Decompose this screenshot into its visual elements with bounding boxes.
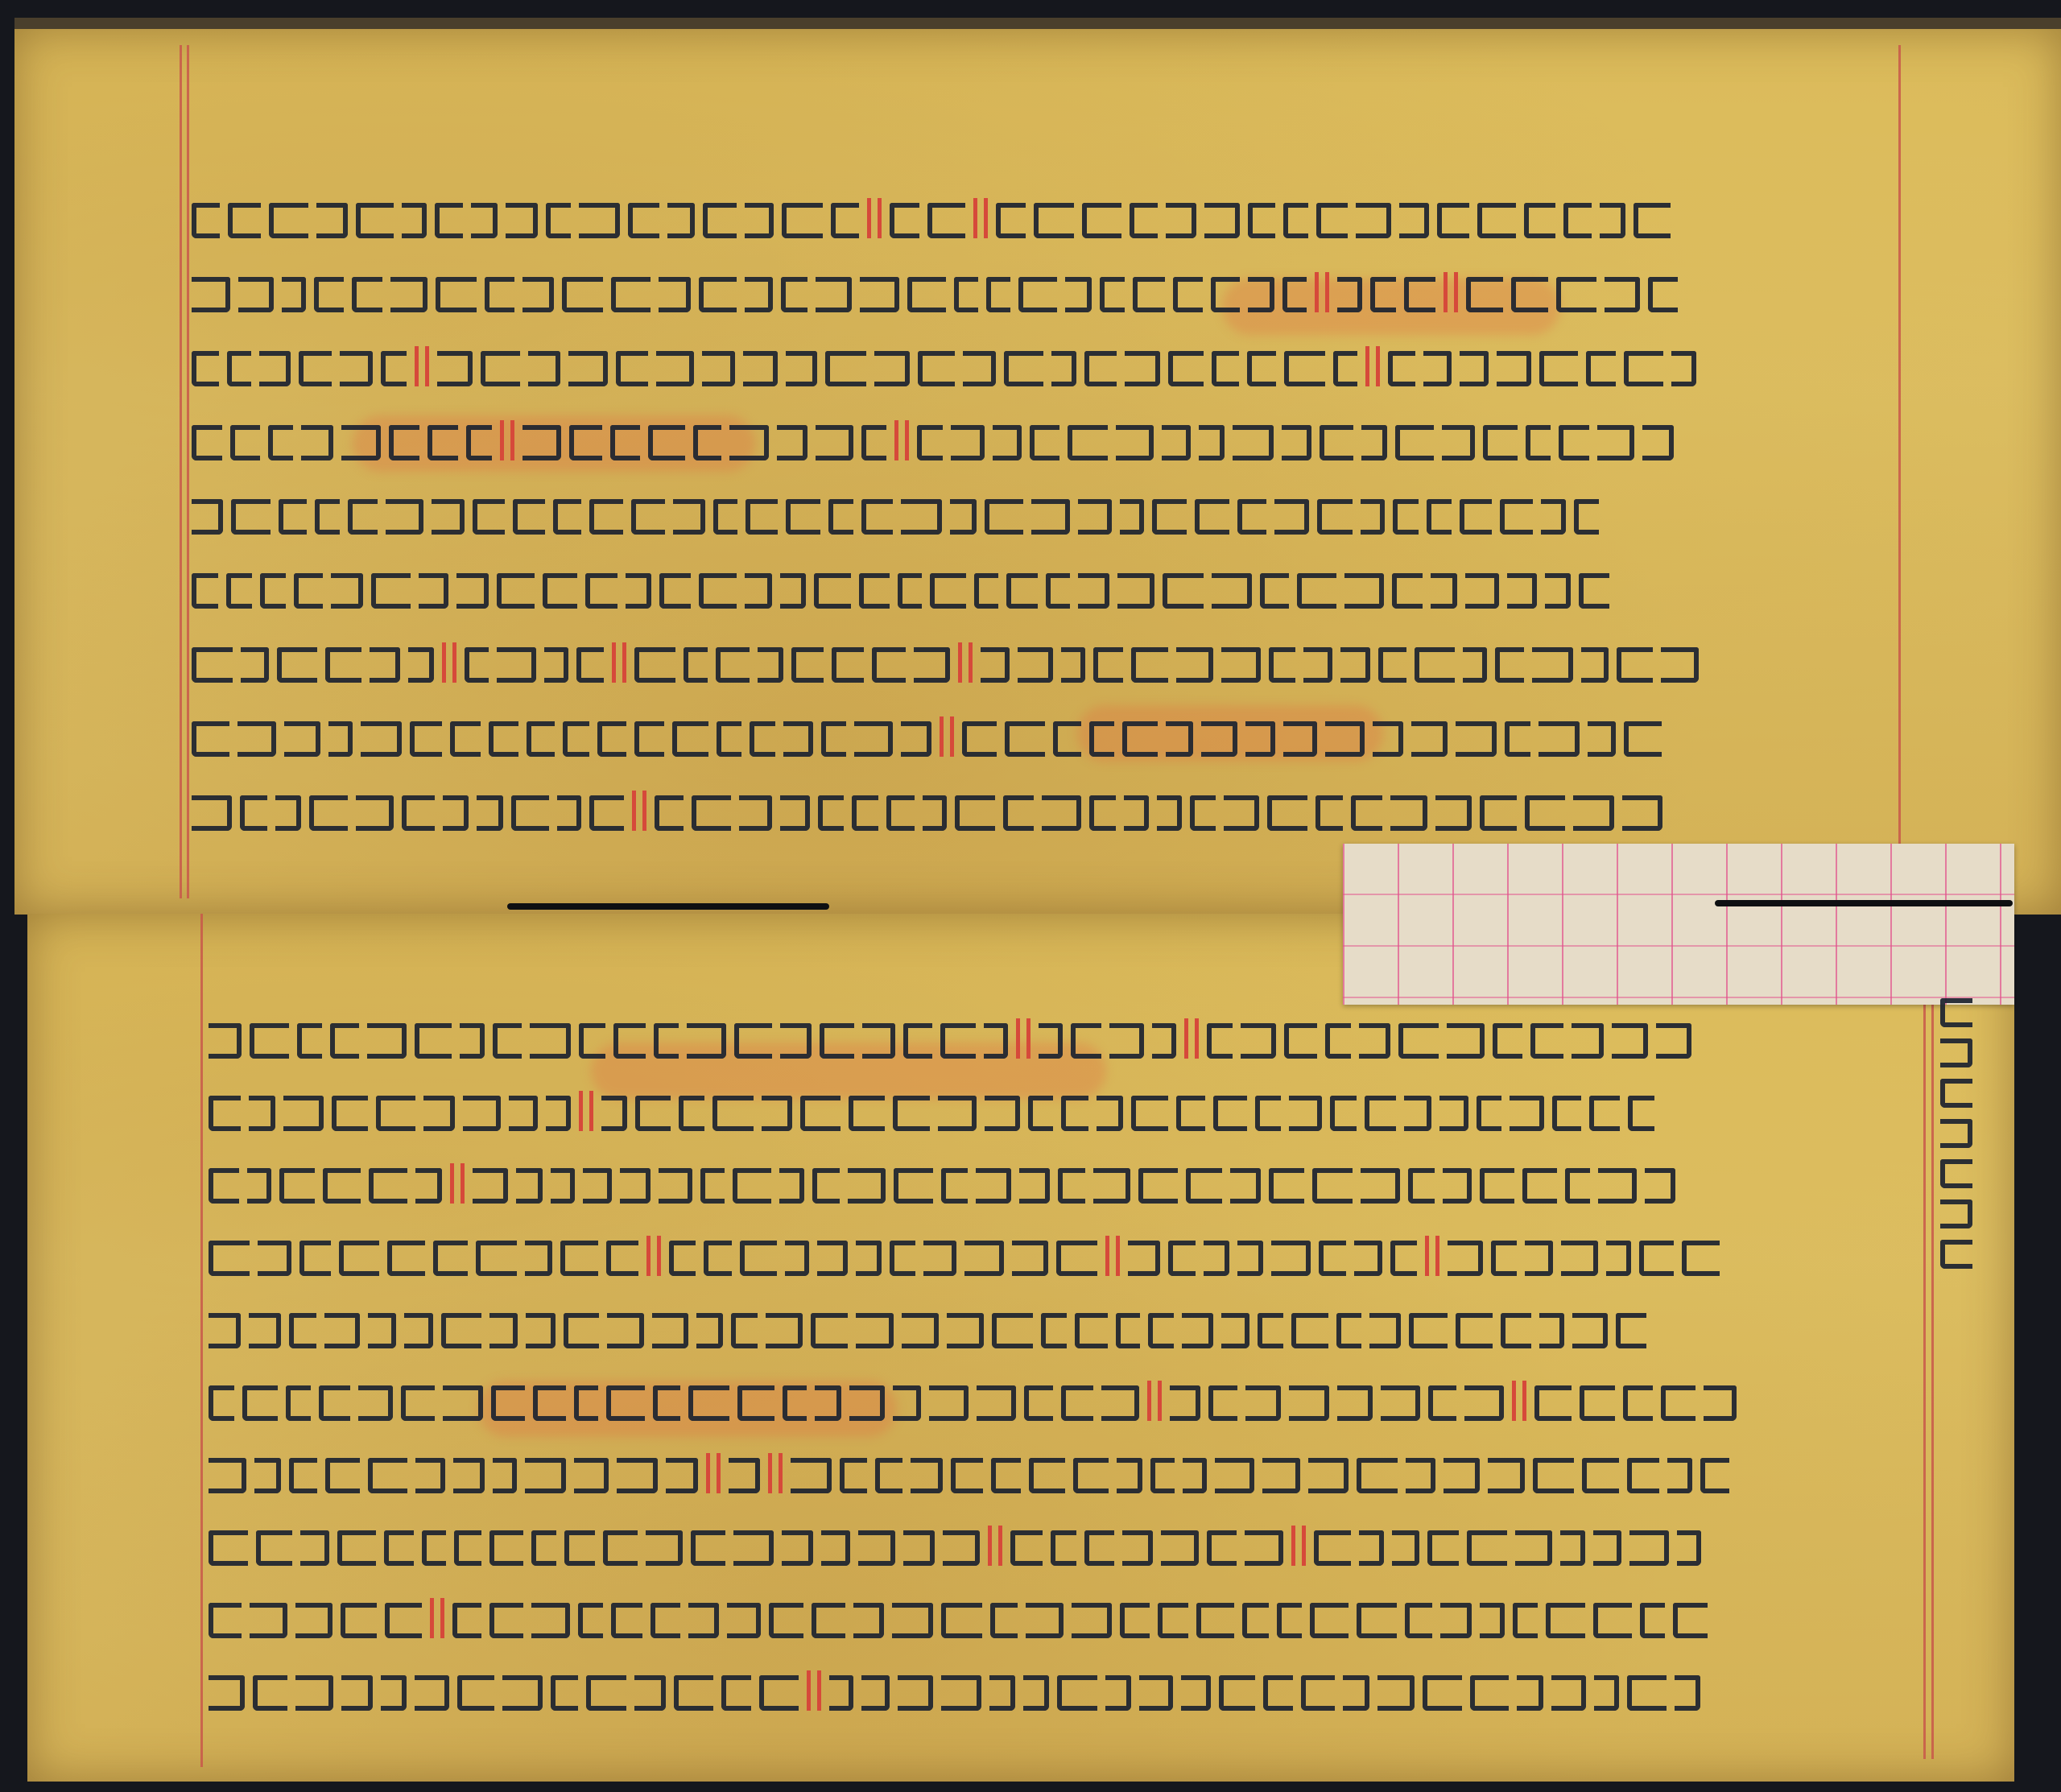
script-glyph (1030, 425, 1059, 460)
script-glyph (231, 499, 271, 535)
script-glyph (1517, 1675, 1543, 1711)
script-glyph (1284, 351, 1325, 386)
script-glyph (1381, 1385, 1420, 1421)
script-glyph (943, 1530, 980, 1566)
script-glyph (1283, 721, 1317, 757)
script-glyph (454, 1530, 481, 1566)
script-glyph (284, 721, 320, 757)
script-glyph (907, 277, 946, 312)
script-glyph (436, 277, 477, 312)
script-glyph (1120, 1603, 1150, 1638)
script-glyph (1109, 1023, 1144, 1059)
script-glyph (745, 573, 772, 609)
script-glyph (890, 203, 919, 238)
script-glyph (1255, 1096, 1281, 1131)
script-glyph (443, 1385, 483, 1421)
script-glyph (401, 1385, 435, 1421)
script-glyph (564, 1530, 595, 1566)
script-glyph (991, 1458, 1021, 1493)
script-glyph (453, 1458, 485, 1493)
script-glyph (655, 795, 684, 831)
script-glyph (874, 351, 910, 386)
script-glyph (1623, 1385, 1653, 1421)
script-glyph (269, 203, 308, 238)
script-glyph (1093, 1168, 1130, 1204)
script-glyph (1640, 1603, 1665, 1638)
script-glyph (673, 499, 705, 535)
script-glyph (659, 277, 691, 312)
red-double-danda (940, 716, 954, 757)
script-glyph (1061, 1096, 1088, 1131)
script-glyph (634, 1675, 666, 1711)
script-glyph (1282, 425, 1311, 460)
script-glyph (1173, 277, 1203, 312)
script-glyph (1023, 1675, 1049, 1711)
script-glyph (858, 1530, 895, 1566)
script-glyph (1431, 573, 1457, 609)
script-glyph (415, 1675, 449, 1711)
script-glyph (652, 1313, 688, 1348)
script-glyph (950, 499, 977, 535)
script-glyph (325, 647, 361, 683)
script-glyph (831, 203, 859, 238)
script-glyph (1627, 1675, 1667, 1711)
script-glyph (506, 203, 538, 238)
script-glyph (381, 351, 407, 386)
script-glyph (390, 277, 427, 312)
script-glyph (597, 721, 626, 757)
script-glyph (782, 203, 823, 238)
script-glyph (721, 1675, 751, 1711)
script-glyph (1344, 573, 1384, 609)
script-glyph (341, 1603, 377, 1638)
script-glyph (315, 499, 340, 535)
script-glyph (898, 573, 922, 609)
script-glyph (493, 1458, 517, 1493)
script-glyph (1337, 1385, 1373, 1421)
script-glyph (1301, 1675, 1335, 1711)
script-glyph (955, 795, 995, 831)
script-glyph (791, 647, 824, 683)
script-glyph (340, 351, 373, 386)
script-glyph (1629, 1530, 1669, 1566)
script-glyph (260, 573, 286, 609)
script-glyph (1667, 1458, 1692, 1493)
script-glyph (1545, 573, 1571, 609)
script-glyph (331, 573, 363, 609)
script-glyph (777, 425, 807, 460)
script-glyph (821, 721, 846, 757)
script-glyph (209, 1241, 250, 1276)
script-line (192, 560, 1890, 609)
script-glyph (295, 1603, 332, 1638)
script-glyph (1572, 1313, 1608, 1348)
script-glyph (1395, 425, 1434, 460)
script-glyph (739, 795, 772, 831)
script-glyph (1605, 277, 1640, 312)
script-line (209, 1662, 1915, 1711)
script-glyph (780, 795, 810, 831)
script-glyph (1183, 1458, 1207, 1493)
script-glyph (1039, 1023, 1063, 1059)
script-glyph (1204, 1241, 1229, 1276)
script-glyph (481, 351, 520, 386)
script-glyph (1314, 1530, 1351, 1566)
script-glyph (230, 425, 260, 460)
script-glyph (1291, 1313, 1328, 1348)
script-glyph (279, 1168, 315, 1204)
script-glyph (497, 647, 536, 683)
script-glyph (368, 1313, 396, 1348)
script-line (209, 1445, 1915, 1493)
script-glyph (1212, 573, 1252, 609)
script-glyph (1456, 721, 1497, 757)
script-glyph (531, 1603, 570, 1638)
script-glyph (679, 1096, 704, 1131)
script-glyph (1084, 1530, 1114, 1566)
script-glyph (923, 795, 947, 831)
folio-tear (507, 903, 829, 910)
script-glyph (1058, 1168, 1085, 1204)
script-glyph (240, 795, 267, 831)
script-glyph (1560, 1530, 1585, 1566)
script-glyph (551, 1675, 578, 1711)
script-glyph (901, 499, 942, 535)
script-glyph (996, 203, 1026, 238)
script-glyph (389, 425, 419, 460)
script-glyph (1051, 351, 1076, 386)
script-glyph (341, 425, 381, 460)
script-glyph (1675, 1675, 1700, 1711)
red-double-danda (1291, 1526, 1306, 1566)
red-double-danda (1147, 1381, 1162, 1421)
script-glyph (1196, 1603, 1234, 1638)
script-glyph (579, 1023, 605, 1059)
script-glyph (729, 425, 769, 460)
script-glyph (981, 647, 1010, 683)
script-glyph (779, 1168, 804, 1204)
script-glyph (1483, 425, 1518, 460)
script-glyph (750, 721, 775, 757)
script-glyph (1319, 1241, 1346, 1276)
script-glyph (348, 499, 378, 535)
script-glyph (1466, 277, 1503, 312)
script-glyph (631, 499, 665, 535)
script-glyph (509, 1096, 538, 1131)
script-glyph (522, 277, 554, 312)
script-glyph (1125, 351, 1160, 386)
script-glyph (1162, 425, 1191, 460)
script-glyph (1053, 721, 1081, 757)
script-glyph (1673, 1603, 1708, 1638)
script-glyph (1139, 1675, 1173, 1711)
script-glyph (441, 1313, 481, 1348)
script-glyph (1357, 1603, 1397, 1638)
script-glyph (659, 1168, 692, 1204)
script-glyph (1024, 1385, 1053, 1421)
script-glyph (1122, 721, 1158, 757)
script-glyph (485, 277, 514, 312)
script-glyph (1627, 1458, 1659, 1493)
script-glyph (783, 721, 813, 757)
script-glyph (1497, 351, 1531, 386)
margin-glyph (1940, 998, 1972, 1027)
script-glyph (465, 647, 489, 683)
script-glyph (1493, 1023, 1522, 1059)
script-glyph (712, 1096, 754, 1131)
script-glyph (872, 647, 906, 683)
script-glyph (1245, 721, 1275, 757)
script-glyph (1415, 647, 1455, 683)
script-glyph (1213, 1096, 1247, 1131)
script-glyph (1505, 721, 1530, 757)
script-glyph (497, 573, 535, 609)
script-glyph (1093, 647, 1123, 683)
script-glyph (241, 647, 269, 683)
script-glyph (1150, 1458, 1175, 1493)
script-glyph (1477, 203, 1516, 238)
script-glyph (1373, 721, 1403, 757)
script-glyph (1480, 795, 1517, 831)
script-glyph (1448, 1241, 1483, 1276)
script-glyph (606, 1241, 638, 1276)
script-glyph (812, 1603, 845, 1638)
script-glyph (1181, 1675, 1211, 1711)
script-glyph (585, 573, 617, 609)
script-glyph (1018, 277, 1057, 312)
script-glyph (437, 351, 473, 386)
script-glyph (256, 1530, 292, 1566)
script-glyph (192, 203, 220, 238)
script-glyph (688, 1603, 719, 1638)
script-glyph (361, 721, 402, 757)
script-glyph (1444, 1458, 1480, 1493)
script-glyph (1204, 203, 1240, 238)
script-glyph (489, 1313, 518, 1348)
script-glyph (669, 1241, 696, 1276)
script-glyph (616, 351, 648, 386)
red-double-danda (430, 1598, 444, 1638)
script-glyph (992, 1313, 1033, 1348)
script-glyph (911, 1458, 943, 1493)
script-glyph (603, 1530, 638, 1566)
script-glyph (1541, 499, 1566, 535)
script-glyph (544, 647, 568, 683)
script-glyph (525, 1458, 566, 1493)
script-glyph (1539, 351, 1578, 386)
script-glyph (1267, 795, 1307, 831)
script-glyph (737, 1385, 774, 1421)
script-glyph (1359, 1530, 1384, 1566)
script-glyph (309, 795, 348, 831)
script-glyph (237, 721, 276, 757)
script-glyph (1117, 573, 1154, 609)
script-glyph (209, 1313, 241, 1348)
script-glyph (1325, 1023, 1351, 1059)
script-glyph (1428, 1385, 1456, 1421)
script-glyph (861, 499, 893, 535)
script-glyph (1477, 1096, 1501, 1131)
script-glyph (1398, 1023, 1439, 1059)
script-glyph (1168, 1241, 1196, 1276)
script-glyph (332, 1096, 368, 1131)
script-glyph (1237, 1241, 1263, 1276)
script-glyph (301, 425, 333, 460)
script-glyph (1006, 573, 1038, 609)
script-glyph (1406, 1458, 1435, 1493)
script-glyph (674, 1675, 713, 1711)
script-glyph (569, 425, 602, 460)
script-glyph (1124, 795, 1149, 831)
script-glyph (415, 1023, 452, 1059)
script-glyph (1399, 203, 1429, 238)
script-glyph (423, 1096, 455, 1131)
script-glyph (820, 1023, 854, 1059)
script-glyph (1639, 1241, 1674, 1276)
script-glyph (699, 277, 737, 312)
script-glyph (1369, 1313, 1401, 1348)
script-glyph (1392, 1530, 1419, 1566)
script-glyph (337, 1530, 376, 1566)
script-glyph (1330, 1096, 1357, 1131)
script-glyph (1166, 721, 1193, 757)
script-glyph (1642, 425, 1674, 460)
script-glyph (832, 647, 864, 683)
script-glyph (1248, 203, 1275, 238)
script-glyph (854, 721, 893, 757)
script-glyph (1563, 203, 1592, 238)
script-glyph (821, 1530, 850, 1566)
script-glyph (687, 1023, 726, 1059)
script-glyph (422, 1530, 446, 1566)
script-glyph (209, 1168, 239, 1204)
script-glyph (1207, 1023, 1233, 1059)
script-glyph (1215, 1458, 1254, 1493)
script-glyph (415, 1168, 442, 1204)
script-glyph (901, 721, 931, 757)
script-glyph (466, 425, 492, 460)
script-glyph (1340, 647, 1370, 683)
red-double-danda (1512, 1381, 1526, 1421)
script-glyph (620, 1168, 651, 1204)
script-glyph (688, 1385, 729, 1421)
script-glyph (1661, 1385, 1695, 1421)
script-glyph (1513, 1603, 1538, 1638)
script-glyph (1507, 573, 1537, 609)
script-glyph (930, 573, 966, 609)
script-glyph (493, 1023, 522, 1059)
script-glyph (1320, 425, 1353, 460)
script-glyph (667, 203, 695, 238)
script-glyph (589, 795, 624, 831)
script-glyph (893, 1096, 930, 1131)
script-glyph (1018, 647, 1053, 683)
script-glyph (1404, 277, 1435, 312)
script-glyph (893, 1385, 921, 1421)
script-glyph (254, 1458, 281, 1493)
script-glyph (1357, 1458, 1398, 1493)
script-glyph (1423, 1675, 1462, 1711)
script-glyph (1405, 1603, 1432, 1638)
script-glyph (1370, 277, 1396, 312)
script-glyph (576, 647, 604, 683)
script-glyph (840, 1458, 867, 1493)
script-glyph (1152, 499, 1187, 535)
script-glyph (700, 1168, 725, 1204)
script-glyph (962, 721, 997, 757)
script-glyph (1480, 1603, 1505, 1638)
script-glyph (1168, 351, 1204, 386)
script-glyph (1439, 1096, 1468, 1131)
script-glyph (1248, 277, 1274, 312)
script-glyph (1283, 203, 1308, 238)
script-glyph (951, 425, 985, 460)
script-glyph (1117, 1458, 1142, 1493)
script-glyph (733, 1168, 771, 1204)
script-glyph (1624, 351, 1663, 386)
script-glyph (432, 499, 465, 535)
script-glyph (386, 499, 423, 535)
script-glyph (941, 1675, 981, 1711)
script-glyph (1511, 277, 1548, 312)
script-glyph (1354, 1241, 1382, 1276)
script-glyph (1390, 795, 1427, 831)
script-glyph (192, 425, 222, 460)
script-glyph (258, 1241, 291, 1276)
script-glyph (692, 795, 731, 831)
script-glyph (941, 1168, 968, 1204)
script-glyph (812, 1168, 840, 1204)
script-glyph (1580, 1385, 1615, 1421)
script-glyph (607, 1313, 644, 1348)
script-glyph (300, 1530, 329, 1566)
script-glyph (551, 1168, 575, 1204)
script-glyph (589, 499, 623, 535)
script-glyph (1645, 1168, 1675, 1204)
script-glyph (1488, 1458, 1525, 1493)
script-glyph (1051, 1530, 1076, 1566)
script-glyph (473, 499, 505, 535)
script-glyph (325, 1458, 360, 1493)
script-glyph (941, 1603, 982, 1638)
script-glyph (1616, 1313, 1646, 1348)
red-double-danda (415, 346, 429, 386)
red-double-danda (1444, 272, 1458, 312)
script-glyph (522, 425, 561, 460)
script-glyph (1010, 1530, 1043, 1566)
script-glyph (358, 1385, 393, 1421)
script-glyph (984, 1023, 1008, 1059)
script-glyph (811, 1313, 848, 1348)
script-glyph (546, 203, 571, 238)
script-glyph (601, 1096, 627, 1131)
script-glyph (1598, 1168, 1637, 1204)
script-glyph (610, 425, 640, 460)
margin-glyph (1940, 1038, 1972, 1067)
script-glyph (993, 425, 1022, 460)
script-glyph (192, 573, 218, 609)
script-glyph (606, 1385, 645, 1421)
script-glyph (1427, 1530, 1459, 1566)
script-line (209, 1083, 1915, 1131)
script-glyph (443, 795, 469, 831)
script-glyph (527, 721, 555, 757)
script-line (209, 1228, 1915, 1276)
script-glyph (1224, 795, 1259, 831)
script-glyph (323, 1168, 361, 1204)
script-glyph (1269, 1168, 1304, 1204)
script-glyph (513, 499, 545, 535)
